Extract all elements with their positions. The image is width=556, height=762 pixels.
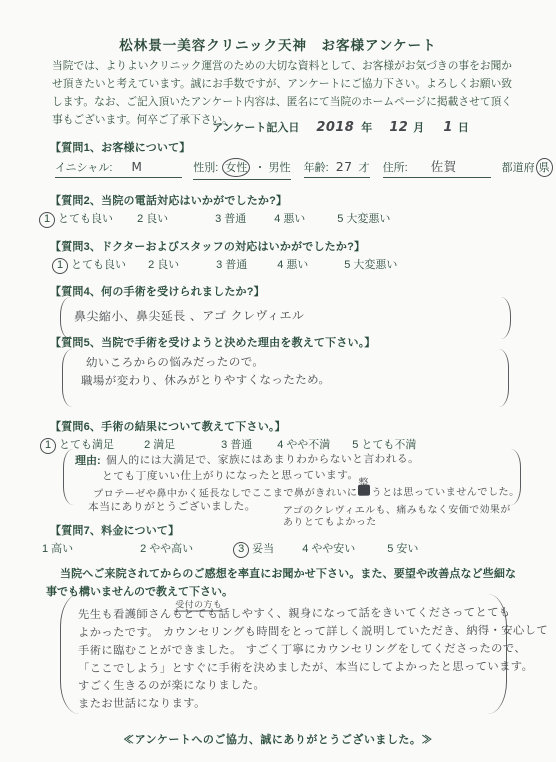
comment-line-1: 先生も看護師さんも受付の方もとても話しやすく、親身になって話をきいてくださってと… [78,604,511,622]
q4-answer: 鼻尖縮小、鼻尖延長 、アゴ クレヴィエル [74,306,304,324]
gender-separator: ・ [254,162,265,174]
age-value: 27 [332,159,356,174]
q2-option-3: 3普通 [215,210,271,226]
q2-option-5: 5大変悪い [337,210,390,226]
q3-options: 1とても良い 2良い 3普通 4悪い 5大変悪い [55,256,397,274]
date-line: アンケート記入日 2018 年 12 月 1 日 [212,119,469,135]
q2-option-3-number: 3 [215,213,221,225]
q3-option-2-label: 良い [157,259,179,271]
footer-note: ≪アンケートへのご協力、誠にありがとうございました。≫ [0,731,556,747]
q7-options: 1高い 2やや高い 3妥当 4やや安い 5安い [42,540,418,558]
q2-option-4: 4悪い [274,210,334,226]
address-field: 住所: 佐賀 [383,157,491,178]
q3-option-2: 2良い [148,256,213,272]
q3-option-5-label: 大変悪い [353,259,397,271]
q6-option-1-label: とても満足 [59,439,114,451]
q6-option-5: 5とても不満 [352,436,416,452]
q5-bracket-left [62,349,75,407]
comment-line-6: またお世話になります。 [78,695,206,712]
prefecture-prefix: 都道府 [502,162,535,174]
feedback-prompt: 当院へご来院されてからのご感想を率直にお聞かせ下さい。また、要望や改善点など些細… [46,566,516,602]
date-label: アンケート記入日 [212,122,299,134]
q6-reason-line3: プロテーゼや鼻中かく延長なしでここまで鼻がきれいに整うとは思っていませんでした。 [93,483,520,500]
prefecture-label: 都道府県 [502,158,554,177]
comment-line-2: よかったです。 カウンセリングも時間をとって詳しく説明していただき、納得・安心し… [78,622,548,640]
q7-option-3-number: 3 [233,542,249,558]
q7-option-4: 4やや安い [302,540,384,556]
q7-option-5: 5安い [387,540,418,556]
q7-option-4-label: やや安い [311,543,355,555]
q3-option-2-number: 2 [148,259,154,271]
q2-header: 【質問2、当院の電話対応はいかがでしたか?】 [50,192,287,208]
q2-option-4-number: 4 [274,213,280,225]
q2-option-3-label: 普通 [224,213,246,225]
address-label: 住所: [383,162,408,174]
q6-option-5-number: 5 [352,439,358,451]
q5-answer-line1: 幼いころからの悩みだったので。 [86,354,264,371]
q6-reason-line4: 本当にありがとうございました。 [88,499,256,515]
comment-line-3: 手術に臨むことができました。 すごく丁寧にカウンセリングをしてくださったので、 [78,640,526,658]
comment-line-4: 「ここでしよう」とすぐに手術を決めましたが、本当にしてよかったと思っています。 [78,658,533,676]
q2-option-2: 2良い [137,210,212,226]
survey-page: 松林景一美容クリニック天神 お客様アンケート 当院では、よりよいクリニック運営の… [0,0,556,762]
q6-option-2-number: 2 [144,439,150,451]
q3-option-5: 5大変悪い [344,256,397,272]
q3-option-3: 3普通 [216,256,274,272]
age-suffix: 才 [359,162,370,174]
q7-option-2-number: 2 [140,543,146,555]
q7-option-4-number: 4 [302,543,308,555]
q6-reason-line3-post: うとは思っていませんでした。 [371,487,519,499]
q5-bracket-right [496,349,509,407]
q2-option-2-number: 2 [137,213,143,225]
q3-option-4-number: 4 [277,259,283,271]
q4-bracket-left [60,297,73,339]
date-year-value: 2018 [316,120,354,135]
q7-option-1-number: 1 [42,543,48,555]
q6-reason-line2: とても丁度いい仕上がりになったと思っています。 [102,467,359,483]
comment-bracket-left [60,594,79,714]
q6-option-5-label: とても不満 [361,439,416,451]
comment-line-1-pre: 先生も看護師さんも [78,608,183,622]
q1-header: 【質問1、お客様について】 [50,139,191,155]
q2-option-5-number: 5 [337,213,343,225]
q2-option-1: 1とても良い [42,210,134,228]
q6-option-3: 3普通 [221,436,274,452]
q1-answer-line: イニシャル: M 性別: 女性 ・ 男性 年齢: 27 才 住所: 佐賀 都道府… [55,157,554,180]
gender-label: 性別: [193,162,218,174]
comment-line-5: すごく生きるのが楽になりました。 [78,677,265,694]
q3-option-3-number: 3 [216,259,222,271]
page-title: 松林景一美容クリニック天神 お客様アンケート [0,34,556,54]
correction-wrap: 整 [357,485,371,497]
q6-option-1-number: 1 [40,438,56,454]
q7-option-1: 1高い [42,540,137,556]
q4-header: 【質問4、何の手術を受けられましたか?】 [50,283,265,299]
q3-option-4-label: 悪い [286,259,308,271]
q3-option-5-number: 5 [344,259,350,271]
q6-option-3-label: 普通 [230,439,252,451]
comment-line-1-post: とても話しやすく、親身になって話をきいてくださってとても [183,606,510,621]
date-day-value: 1 [443,120,452,135]
gender-male-label: 男性 [269,162,291,174]
q6-option-4-number: 4 [277,439,283,451]
q3-option-1-number: 1 [52,258,68,274]
prefecture-circled: 県 [536,158,553,177]
q7-option-3: 3妥当 [236,540,299,558]
q7-option-1-label: 高い [51,543,73,555]
q7-header: 【質問7、料金について】 [50,522,179,538]
gender-selected-circle: 女性 [222,158,250,177]
q7-option-5-number: 5 [387,543,393,555]
date-month-value: 12 [389,120,408,135]
q6-reason-line1: 個人的には大満足で、家族にはあまりわからないと言われる。 [106,451,419,468]
date-year-suffix: 年 [361,122,372,134]
initial-label: イニシャル: [55,162,112,174]
date-month-suffix: 月 [413,122,424,134]
q3-option-1-label: とても良い [71,259,126,271]
q6-side-note-line2: ありとてもよかった [283,513,377,528]
q7-option-5-label: 安い [396,543,418,555]
q6-option-4: 4やや不満 [277,436,349,452]
q3-option-1: 1とても良い [55,256,145,274]
q6-option-2: 2満足 [144,436,218,452]
q3-option-4: 4悪い [277,256,341,272]
q2-option-5-label: 大変悪い [346,213,390,225]
q2-option-1-number: 1 [39,212,55,228]
q3-header: 【質問3、ドクターおよびスタッフの対応はいかがでしたか?】 [50,238,365,254]
address-value: 佐賀 [411,159,491,174]
q6-option-2-label: 満足 [153,439,175,451]
q2-options: 1とても良い 2良い 3普通 4悪い 5大変悪い [42,210,390,228]
q7-option-3-label: 妥当 [252,543,274,555]
inserted-note: 受付の方も [175,597,222,611]
age-label: 年齢: [304,162,329,174]
q6-reason-label: 理由: [75,452,101,468]
q6-option-4-label: やや不満 [286,439,330,451]
q3-option-3-label: 普通 [225,259,247,271]
q7-option-2: 2やや高い [140,540,233,556]
q2-option-1-label: とても良い [58,213,113,225]
q6-option-3-number: 3 [221,439,227,451]
q7-option-2-label: やや高い [149,543,193,555]
q6-header: 【質問6、手術の結果について教えて下さい。】 [50,418,286,434]
initial-value: M [115,160,182,174]
q5-answer-line2: 職場が変わり、休みがとりやすくなったため。 [81,371,331,388]
date-day-suffix: 日 [458,122,469,134]
gender-field: 性別: 女性 ・ 男性 [193,158,290,180]
q5-header: 【質問5、当院で手術を受けようと決めた理由を教えて下さい。】 [50,334,376,350]
q2-option-2-label: 良い [146,213,168,225]
q2-option-4-label: 悪い [283,213,305,225]
initial-field: イニシャル: M [55,159,182,178]
age-field: 年齢: 27 才 [304,159,370,178]
q4-bracket-right [498,297,511,339]
correction-character: 整 [358,474,368,489]
